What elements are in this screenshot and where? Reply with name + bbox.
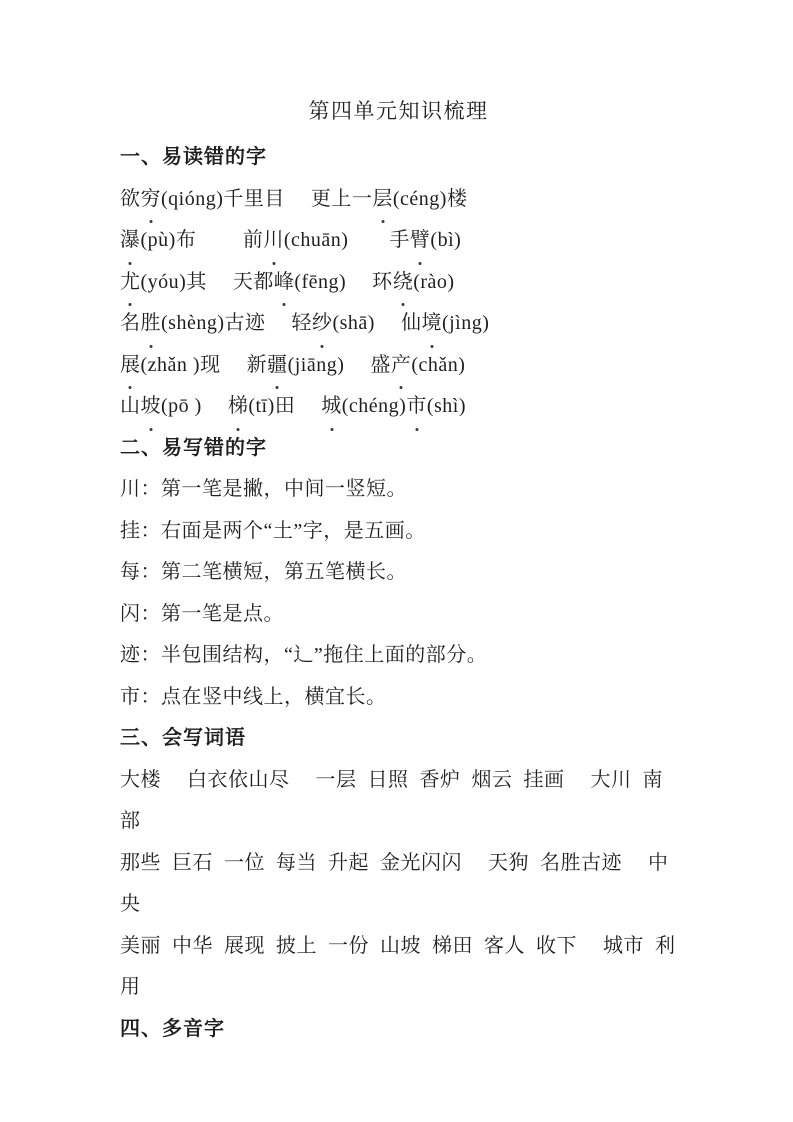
- section-heading-2: 二、易写错的字: [120, 428, 677, 470]
- text-line: 迹：半包围结构，“辶”拖住上面的部分。: [120, 635, 677, 677]
- emphasized-char: 层: [372, 179, 393, 221]
- section-heading-4: 四、多音字: [120, 1009, 677, 1051]
- section-heading-3: 三、会写词语: [120, 718, 677, 760]
- text-line: 展(zhǎn )现 新疆(jiāng) 盛产(chǎn): [120, 345, 677, 387]
- text-line: 瀑(pù)布 前川(chuān) 手臂(bì): [120, 220, 677, 262]
- text-line: 美丽 中华 展现 披上 一份 山坡 梯田 客人 收下 城市 利用: [120, 926, 677, 1009]
- text-line: 欲穷(qióng)千里目 更上一层(céng)楼: [120, 179, 677, 221]
- text-line: 每：第二笔横短，第五笔横长。: [120, 552, 677, 594]
- text-line: 名胜(shèng)古迹 轻纱(shā) 仙境(jìng): [120, 303, 677, 345]
- text-line: 挂：右面是两个“土”字，是五画。: [120, 511, 677, 553]
- document-title: 第四单元知识梳理: [120, 90, 677, 132]
- emphasized-char: 瀑: [120, 220, 141, 262]
- emphasized-char: 疆: [267, 345, 288, 387]
- emphasized-char: 境: [421, 303, 442, 345]
- text-line: 大楼 白衣依山尽 一层 日照 香炉 烟云 挂画 大川 南部: [120, 760, 677, 843]
- text-line: 市：点在竖中线上，横宜长。: [120, 677, 677, 719]
- emphasized-char: 绕: [393, 262, 414, 304]
- document-body: 一、易读错的字欲穷(qióng)千里目 更上一层(céng)楼瀑(pù)布 前川…: [120, 137, 677, 1050]
- text-line: 尤(yóu)其 天都峰(fēng) 环绕(rào): [120, 262, 677, 304]
- text-line: 川：第一笔是撇，中间一竖短。: [120, 469, 677, 511]
- emphasized-char: 展: [120, 345, 141, 387]
- text-line: 那些 巨石 一位 每当 升起 金光闪闪 天狗 名胜古迹 中央: [120, 843, 677, 926]
- emphasized-char: 胜: [141, 303, 162, 345]
- emphasized-char: 市: [406, 386, 427, 428]
- emphasized-char: 坡: [141, 386, 162, 428]
- emphasized-char: 产: [391, 345, 412, 387]
- text-line: 山坡(pō ) 梯(tī)田 城(chéng)市(shì): [120, 386, 677, 428]
- emphasized-char: 臂: [410, 220, 431, 262]
- emphasized-char: 城: [321, 386, 342, 428]
- emphasized-char: 峰: [274, 262, 295, 304]
- emphasized-char: 梯: [228, 386, 249, 428]
- emphasized-char: 川: [263, 220, 284, 262]
- text-line: 闪：第一笔是点。: [120, 594, 677, 636]
- emphasized-char: 穷: [141, 179, 162, 221]
- section-heading-1: 一、易读错的字: [120, 137, 677, 179]
- document-page: 第四单元知识梳理 一、易读错的字欲穷(qióng)千里目 更上一层(céng)楼…: [0, 0, 793, 1122]
- emphasized-char: 纱: [312, 303, 333, 345]
- emphasized-char: 尤: [120, 262, 141, 304]
